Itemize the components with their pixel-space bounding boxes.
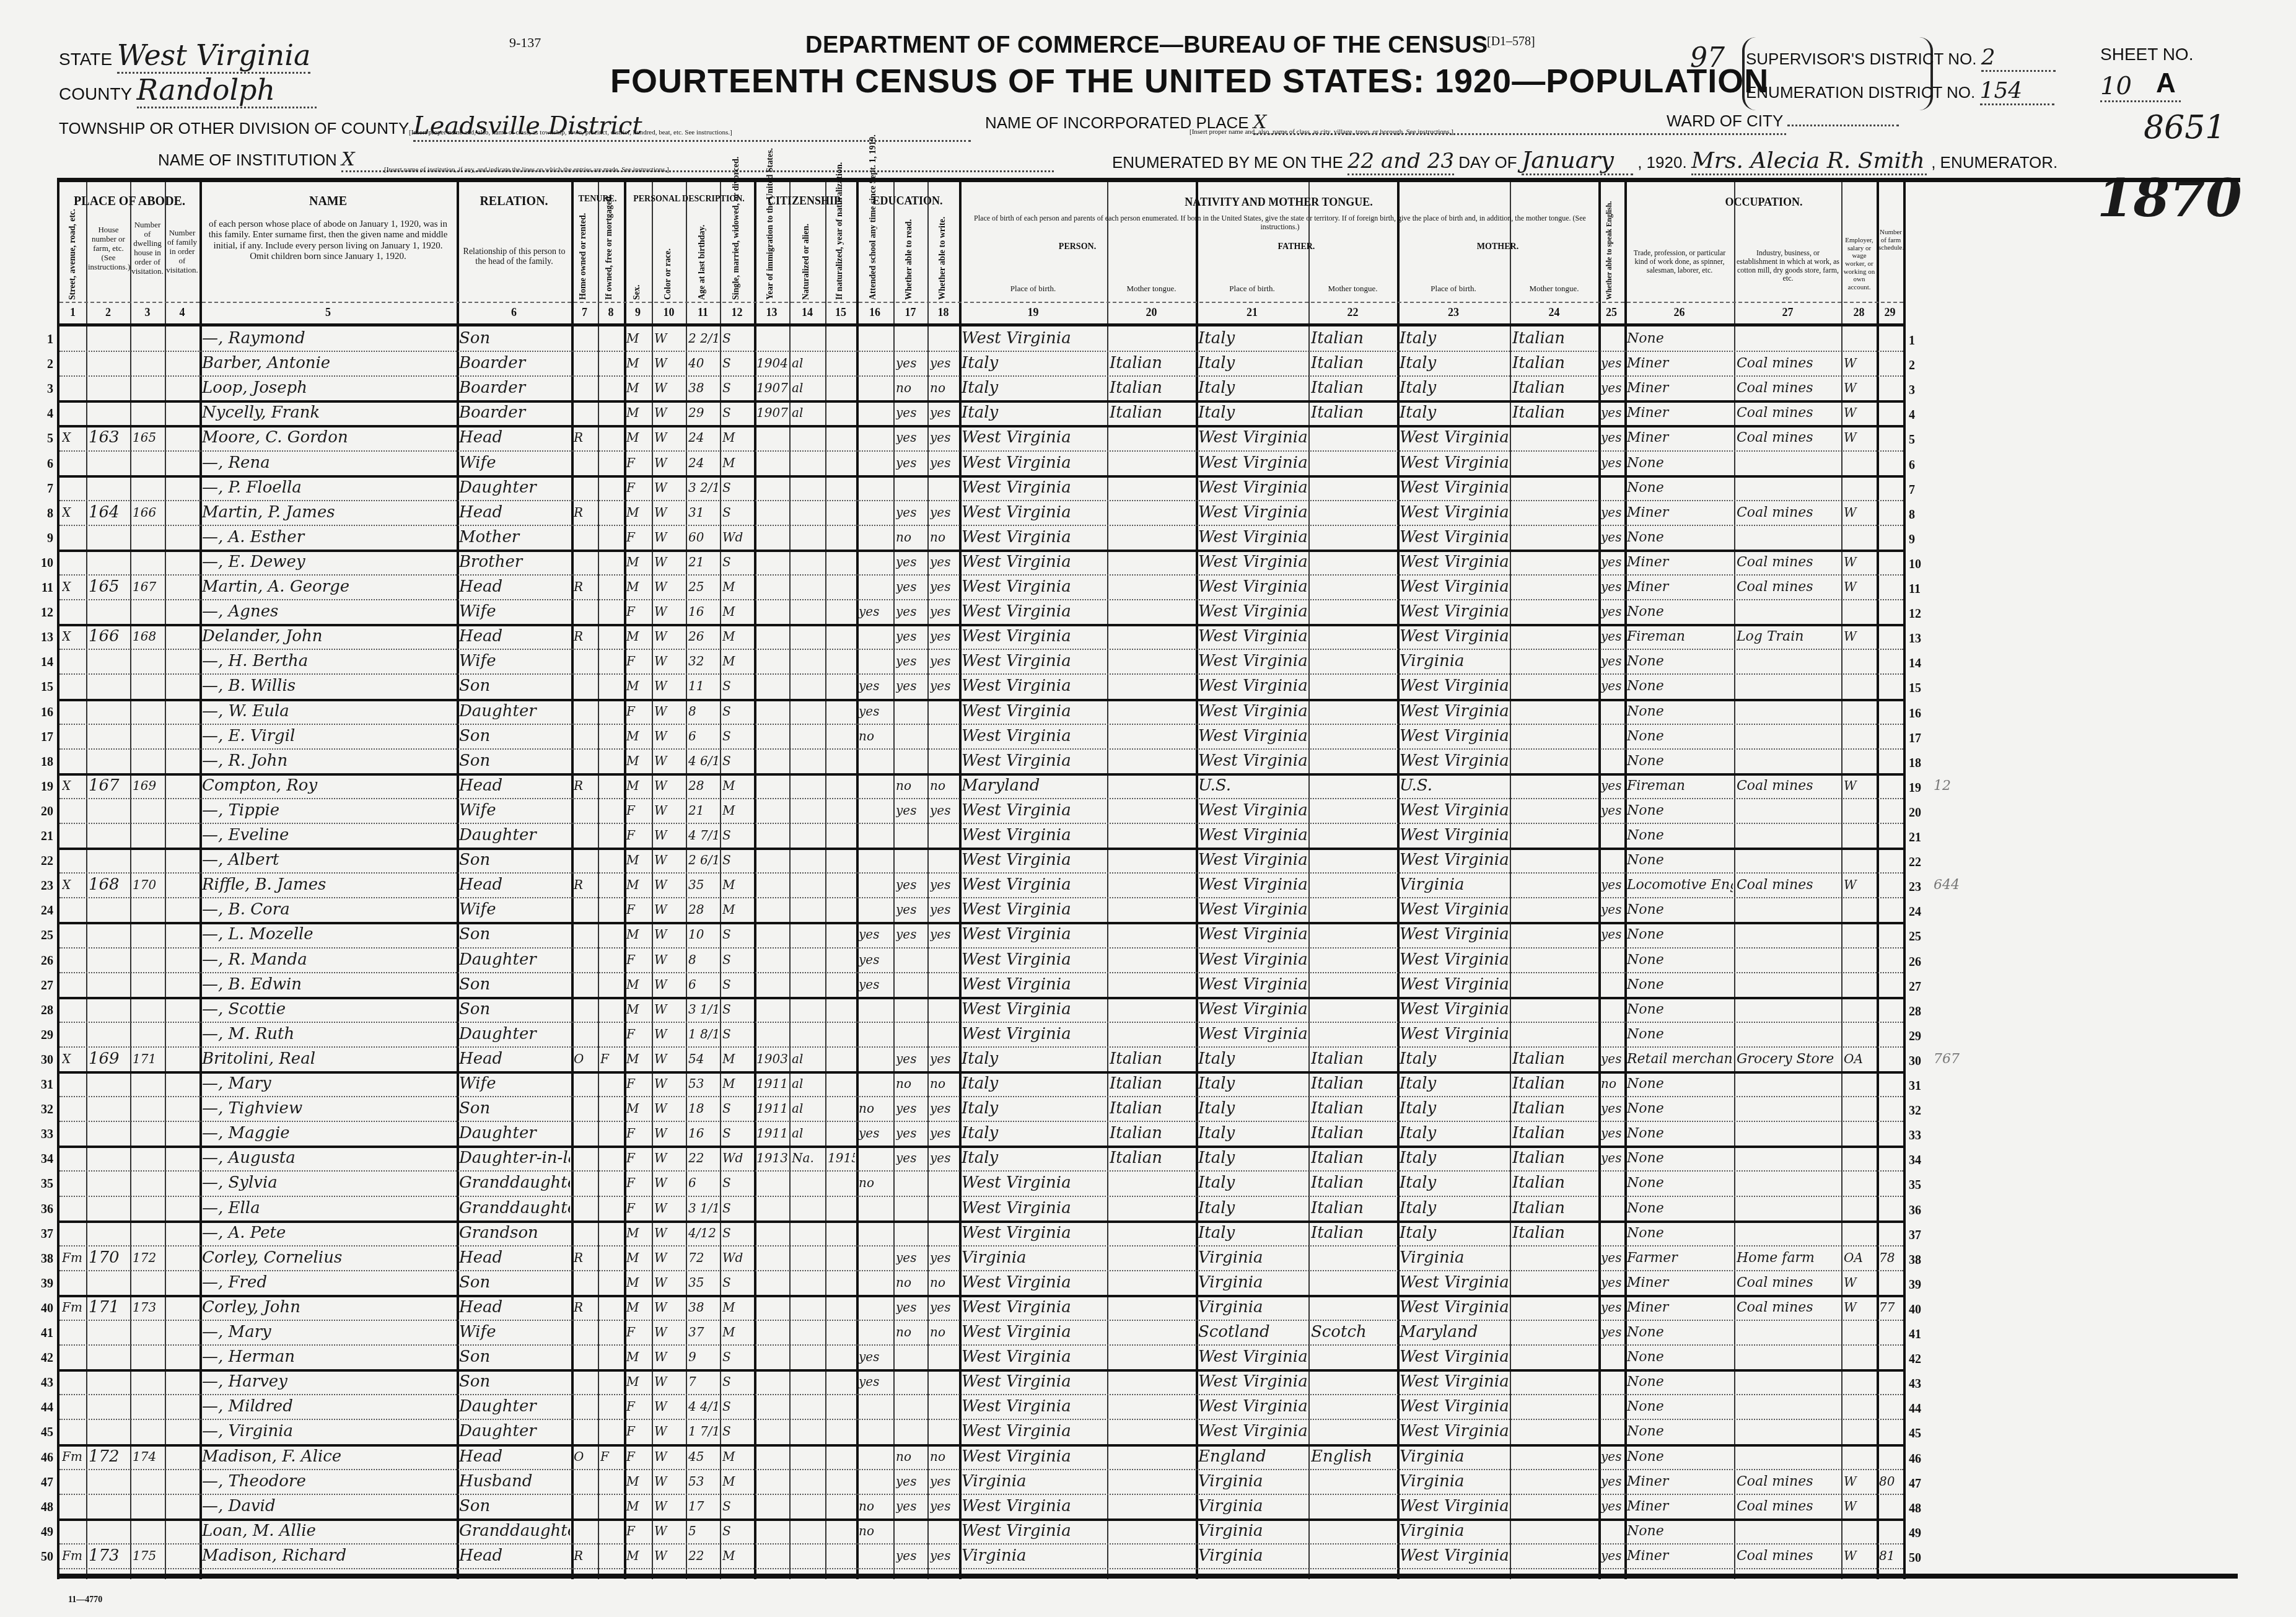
- naturalized-cell: al: [792, 1121, 824, 1146]
- house-number-cell: 164: [89, 501, 129, 525]
- father-birthplace-cell: Italy: [1198, 351, 1307, 375]
- column-number: 15: [825, 306, 856, 319]
- street-cell: X: [62, 426, 85, 450]
- marital-status-cell: S: [722, 1345, 753, 1369]
- marital-status-cell: S: [722, 1121, 753, 1146]
- mother-tongue-parent-cell: Italian: [1512, 1072, 1597, 1096]
- trade-cell: None: [1627, 724, 1733, 748]
- trade-cell: Miner: [1627, 376, 1733, 400]
- col3-header: Number of dwelling house in order of vis…: [131, 221, 164, 276]
- relation-cell: Head: [459, 873, 570, 897]
- marital-status-cell: S: [722, 1171, 753, 1195]
- trade-cell: None: [1627, 451, 1733, 475]
- read-cell: yes: [896, 1295, 926, 1320]
- house-number-cell: 170: [89, 1246, 129, 1270]
- line-number-left: 22: [35, 854, 53, 869]
- relation-cell: Daughter: [459, 1121, 570, 1146]
- employer-class-cell: W: [1844, 501, 1875, 525]
- house-number-cell: 163: [89, 426, 129, 450]
- school-cell: yes: [859, 699, 892, 724]
- birthplace-cell: West Virginia: [962, 1370, 1106, 1394]
- relation-cell: Boarder: [459, 376, 570, 400]
- relation-cell: Son: [459, 724, 570, 748]
- sex-cell: F: [626, 1320, 651, 1344]
- mother-birthplace-cell: U.S.: [1400, 774, 1509, 798]
- race-cell: W: [654, 873, 685, 897]
- relation-cell: Wife: [459, 600, 570, 624]
- ward-field: Ward of city: [1667, 112, 1899, 131]
- marital-status-cell: S: [722, 1419, 753, 1444]
- read-cell: yes: [896, 649, 926, 673]
- relation-cell: Son: [459, 1097, 570, 1121]
- state-field: State West Virginia: [59, 38, 310, 74]
- trade-cell: None: [1627, 1519, 1733, 1543]
- sex-cell: M: [626, 426, 651, 450]
- race-cell: W: [654, 1196, 685, 1220]
- line-number-left: 6: [35, 457, 53, 471]
- line-number-right: 27: [1909, 980, 1921, 994]
- age-cell: 26: [688, 624, 719, 649]
- mother-birthplace-cell: West Virginia: [1400, 1494, 1509, 1518]
- farm-schedule-cell: 78: [1879, 1246, 1902, 1270]
- dwelling-number-cell: 165: [133, 426, 164, 450]
- trade-cell: None: [1627, 1221, 1733, 1245]
- name-cell: —, David: [202, 1494, 455, 1518]
- marital-status-cell: S: [722, 476, 753, 500]
- trade-cell: Farmer: [1627, 1246, 1733, 1270]
- race-cell: W: [654, 476, 685, 500]
- father-birthplace-cell: West Virginia: [1198, 997, 1307, 1022]
- industry-cell: Coal mines: [1737, 550, 1840, 574]
- read-cell: yes: [896, 575, 926, 599]
- immigration-year-cell: 1911: [756, 1097, 788, 1121]
- relation-cell: Son: [459, 326, 570, 351]
- race-cell: W: [654, 1221, 685, 1245]
- industry-cell: Coal mines: [1737, 1295, 1840, 1320]
- age-cell: 24: [688, 451, 719, 475]
- race-cell: W: [654, 1519, 685, 1543]
- trade-cell: None: [1627, 1171, 1733, 1195]
- name-cell: —, A. Esther: [202, 525, 455, 550]
- line-number-right: 33: [1909, 1129, 1921, 1143]
- line-number-left: 38: [35, 1252, 53, 1266]
- supervisor-district-value: 2: [1981, 45, 2056, 72]
- industry-cell: Coal mines: [1737, 426, 1840, 450]
- line-number-right: 4: [1909, 408, 1915, 423]
- sex-cell: M: [626, 1047, 651, 1071]
- school-cell: yes: [859, 600, 892, 624]
- age-cell: 6: [688, 724, 719, 748]
- line-number-left: 10: [35, 556, 53, 571]
- age-cell: 11: [688, 674, 719, 698]
- enumerator-label: , Enumerator.: [1931, 153, 2057, 172]
- col21-header: Place of birth.: [1196, 284, 1308, 294]
- age-cell: 28: [688, 774, 719, 798]
- mother-tongue-cell: Italian: [1110, 1146, 1194, 1170]
- line-number-right: 13: [1909, 632, 1921, 646]
- father-birthplace-cell: West Virginia: [1198, 724, 1307, 748]
- employer-class-cell: W: [1844, 575, 1875, 599]
- column-number: 11: [686, 306, 720, 319]
- race-cell: W: [654, 326, 685, 351]
- line-number-right: 10: [1909, 558, 1921, 572]
- group-occupation: Occupation.: [1624, 196, 1903, 209]
- column-number: 20: [1107, 306, 1196, 319]
- line-number-left: 26: [35, 954, 53, 968]
- marital-status-cell: S: [722, 948, 753, 972]
- group-relation: Relation.: [457, 195, 571, 209]
- name-cell: Corley, John: [202, 1295, 455, 1320]
- sex-cell: M: [626, 1345, 651, 1369]
- birthplace-cell: West Virginia: [962, 575, 1106, 599]
- name-cell: —, Agnes: [202, 600, 455, 624]
- line-number-right: 41: [1909, 1328, 1921, 1342]
- write-cell: yes: [930, 799, 958, 823]
- father-birthplace-cell: West Virginia: [1198, 525, 1307, 550]
- col14-header: Naturalized or alien.: [802, 222, 812, 300]
- name-cell: —, Mildred: [202, 1395, 455, 1419]
- race-cell: W: [654, 401, 685, 425]
- relation-cell: Daughter: [459, 948, 570, 972]
- relation-cell: Head: [459, 1544, 570, 1568]
- col22-header: Mother tongue.: [1308, 284, 1397, 294]
- dwelling-number-cell: 169: [133, 774, 164, 798]
- speaks-english-cell: yes: [1601, 1320, 1623, 1344]
- marital-status-cell: S: [722, 550, 753, 574]
- column-number: 22: [1308, 306, 1397, 319]
- father-birthplace-cell: West Virginia: [1198, 674, 1307, 698]
- race-cell: W: [654, 575, 685, 599]
- line-number-right: 11: [1909, 582, 1921, 597]
- line-number-left: 24: [35, 904, 53, 918]
- read-cell: yes: [896, 898, 926, 922]
- name-cell: —, Theodore: [202, 1470, 455, 1494]
- marital-status-cell: M: [722, 774, 753, 798]
- mother-birthplace-cell: West Virginia: [1400, 799, 1509, 823]
- stamp-number: 8651: [2144, 109, 2225, 146]
- street-cell: Fm: [62, 1445, 85, 1469]
- mother-birthplace-cell: Virginia: [1400, 1246, 1509, 1270]
- column-number: 1: [59, 306, 86, 319]
- line-number-right: 32: [1909, 1104, 1921, 1118]
- father-birthplace-cell: West Virginia: [1198, 600, 1307, 624]
- read-cell: yes: [896, 1121, 926, 1146]
- father-birthplace-cell: West Virginia: [1198, 848, 1307, 872]
- father-birthplace-cell: England: [1198, 1445, 1307, 1469]
- street-cell: X: [62, 873, 85, 897]
- col12-header: Single, married, widowed, or divorced.: [732, 222, 742, 300]
- col11-header: Age at last birthday.: [698, 222, 708, 300]
- sex-cell: F: [626, 1445, 651, 1469]
- name-cell: —, Augusta: [202, 1146, 455, 1170]
- sex-cell: M: [626, 1470, 651, 1494]
- birthplace-cell: West Virginia: [962, 1419, 1106, 1444]
- employer-class-cell: W: [1844, 624, 1875, 649]
- mother-tongue-cell: Italian: [1110, 1072, 1194, 1096]
- father-tongue-cell: Italian: [1311, 401, 1396, 425]
- line-number-left: 9: [35, 532, 53, 546]
- marital-status-cell: M: [722, 451, 753, 475]
- read-cell: yes: [896, 1097, 926, 1121]
- line-number-left: 43: [35, 1376, 53, 1390]
- mother-birthplace-cell: West Virginia: [1400, 848, 1509, 872]
- relation-cell: Wife: [459, 898, 570, 922]
- read-cell: no: [896, 1320, 926, 1344]
- immigration-year-cell: 1907: [756, 376, 788, 400]
- father-birthplace-cell: Italy: [1198, 1221, 1307, 1245]
- write-cell: yes: [930, 575, 958, 599]
- line-number-right: 26: [1909, 955, 1921, 970]
- speaks-english-cell: yes: [1601, 624, 1623, 649]
- sex-cell: F: [626, 1419, 651, 1444]
- race-cell: W: [654, 426, 685, 450]
- margin-note: 767: [1934, 1047, 1960, 1071]
- county-value: Randolph: [137, 73, 317, 108]
- read-cell: yes: [896, 1494, 926, 1518]
- marital-status-cell: S: [722, 1519, 753, 1543]
- line-number-left: 23: [35, 879, 53, 893]
- age-cell: 17: [688, 1494, 719, 1518]
- marital-status-cell: M: [722, 624, 753, 649]
- birthplace-cell: West Virginia: [962, 1345, 1106, 1369]
- write-cell: yes: [930, 600, 958, 624]
- mother-birthplace-cell: Virginia: [1400, 873, 1509, 897]
- age-cell: 4 7/12: [688, 823, 719, 848]
- relation-cell: Son: [459, 997, 570, 1022]
- street-cell: Fm: [62, 1295, 85, 1320]
- birthplace-cell: Italy: [962, 376, 1106, 400]
- age-cell: 28: [688, 898, 719, 922]
- read-cell: yes: [896, 451, 926, 475]
- sex-cell: M: [626, 1494, 651, 1518]
- industry-cell: Grocery Store: [1737, 1047, 1840, 1071]
- township-instruction: [Insert proper name and, also, name of c…: [409, 129, 732, 136]
- birthplace-cell: West Virginia: [962, 973, 1106, 997]
- sex-cell: F: [626, 699, 651, 724]
- group-name: Name: [199, 195, 457, 209]
- father-birthplace-cell: West Virginia: [1198, 873, 1307, 897]
- read-cell: yes: [896, 600, 926, 624]
- column-number: 19: [959, 306, 1107, 319]
- line-number-left: 19: [35, 780, 53, 794]
- industry-cell: Coal mines: [1737, 1271, 1840, 1295]
- naturalized-cell: al: [792, 1047, 824, 1071]
- father-tongue-cell: Scotch: [1311, 1320, 1396, 1344]
- relation-cell: Head: [459, 1246, 570, 1270]
- immigration-year-cell: 1911: [756, 1072, 788, 1096]
- col16-header: Attended school any time since Sept. 1, …: [869, 222, 879, 300]
- age-cell: 8: [688, 948, 719, 972]
- line-number-right: 34: [1909, 1154, 1921, 1168]
- line-number-right: 17: [1909, 732, 1921, 746]
- relation-cell: Daughter-in-law: [459, 1146, 570, 1170]
- relation-cell: Son: [459, 749, 570, 773]
- age-cell: 18: [688, 1097, 719, 1121]
- column-number: 21: [1196, 306, 1308, 319]
- sex-cell: F: [626, 898, 651, 922]
- write-cell: yes: [930, 1047, 958, 1071]
- column-number: 4: [165, 306, 199, 319]
- race-cell: W: [654, 823, 685, 848]
- mother-birthplace-cell: Italy: [1400, 1196, 1509, 1220]
- relation-cell: Son: [459, 1271, 570, 1295]
- industry-cell: Coal mines: [1737, 376, 1840, 400]
- speaks-english-cell: yes: [1601, 401, 1623, 425]
- name-cell: Moore, C. Gordon: [202, 426, 455, 450]
- father-birthplace-cell: Virginia: [1198, 1470, 1307, 1494]
- mother-birthplace-cell: West Virginia: [1400, 451, 1509, 475]
- relation-cell: Daughter: [459, 1395, 570, 1419]
- trade-cell: None: [1627, 1097, 1733, 1121]
- line-number-left: 4: [35, 407, 53, 421]
- read-cell: yes: [896, 1246, 926, 1270]
- trade-cell: None: [1627, 600, 1733, 624]
- margin-mark: 97: [1690, 42, 1725, 74]
- birthplace-cell: West Virginia: [962, 624, 1106, 649]
- line-number-left: 16: [35, 706, 53, 720]
- relation-cell: Grandson: [459, 1221, 570, 1245]
- line-number-left: 20: [35, 805, 53, 819]
- birthplace-cell: Italy: [962, 1047, 1106, 1071]
- sex-cell: M: [626, 674, 651, 698]
- column-number: 26: [1624, 306, 1734, 319]
- mother-birthplace-cell: Italy: [1400, 376, 1509, 400]
- father-birthplace-cell: Virginia: [1198, 1295, 1307, 1320]
- marital-status-cell: Wd: [722, 1246, 753, 1270]
- line-number-left: 21: [35, 830, 53, 844]
- write-cell: yes: [930, 1470, 958, 1494]
- birthplace-cell: West Virginia: [962, 749, 1106, 773]
- house-number-cell: 165: [89, 575, 129, 599]
- sex-cell: M: [626, 1221, 651, 1245]
- line-number-right: 5: [1909, 433, 1915, 447]
- line-number-right: 23: [1909, 880, 1921, 895]
- age-cell: 2 6/12: [688, 848, 719, 872]
- birthplace-cell: West Virginia: [962, 997, 1106, 1022]
- father-birthplace-cell: West Virginia: [1198, 799, 1307, 823]
- name-cell: —, W. Eula: [202, 699, 455, 724]
- employer-class-cell: W: [1844, 376, 1875, 400]
- father-birthplace-cell: Italy: [1198, 1121, 1307, 1146]
- industry-cell: Coal mines: [1737, 575, 1840, 599]
- trade-cell: Retail merchant: [1627, 1047, 1733, 1071]
- trade-cell: None: [1627, 1370, 1733, 1394]
- dwelling-number-cell: 167: [133, 575, 164, 599]
- speaks-english-cell: no: [1601, 1072, 1623, 1096]
- sex-cell: F: [626, 1196, 651, 1220]
- mother-birthplace-cell: West Virginia: [1400, 699, 1509, 724]
- mother-birthplace-cell: Italy: [1400, 401, 1509, 425]
- speaks-english-cell: yes: [1601, 501, 1623, 525]
- read-cell: yes: [896, 1146, 926, 1170]
- name-cell: —, M. Ruth: [202, 1022, 455, 1046]
- speaks-english-cell: yes: [1601, 1047, 1623, 1071]
- mother-birthplace-cell: Italy: [1400, 1221, 1509, 1245]
- industry-cell: Home farm: [1737, 1246, 1840, 1270]
- home-owned-cell: R: [574, 873, 597, 897]
- race-cell: W: [654, 1121, 685, 1146]
- race-cell: W: [654, 525, 685, 550]
- birthplace-cell: West Virginia: [962, 1445, 1106, 1469]
- employer-class-cell: OA: [1844, 1246, 1875, 1270]
- line-number-right: 14: [1909, 657, 1921, 671]
- trade-cell: Miner: [1627, 501, 1733, 525]
- father-tongue-cell: Italian: [1311, 1221, 1396, 1245]
- name-cell: Delander, John: [202, 624, 455, 649]
- relation-cell: Head: [459, 1295, 570, 1320]
- enumeration-month: January: [1522, 146, 1633, 175]
- father-tongue-cell: Italian: [1311, 1072, 1396, 1096]
- col26-header: Trade, profession, or particular kind of…: [1627, 249, 1732, 274]
- marital-status-cell: M: [722, 1047, 753, 1071]
- nativity-instruction: Place of birth of each person and parent…: [970, 214, 1590, 232]
- write-cell: yes: [930, 1544, 958, 1568]
- name-cell: —, B. Edwin: [202, 973, 455, 997]
- column-number: 17: [893, 306, 927, 319]
- birthplace-cell: West Virginia: [962, 699, 1106, 724]
- write-cell: no: [930, 1445, 958, 1469]
- age-cell: 22: [688, 1544, 719, 1568]
- sex-cell: M: [626, 922, 651, 947]
- employer-class-cell: W: [1844, 550, 1875, 574]
- column-number: 29: [1877, 306, 1903, 319]
- col24-header: Mother tongue.: [1510, 284, 1598, 294]
- line-number-right: 44: [1909, 1402, 1921, 1416]
- birthplace-cell: Italy: [962, 1146, 1106, 1170]
- marital-status-cell: M: [722, 1544, 753, 1568]
- age-cell: 3 1/12: [688, 997, 719, 1022]
- marital-status-cell: M: [722, 1295, 753, 1320]
- line-number-right: 6: [1909, 458, 1915, 473]
- speaks-english-cell: yes: [1601, 799, 1623, 823]
- line-number-left: 31: [35, 1078, 53, 1092]
- name-cell: Loan, M. Allie: [202, 1519, 455, 1543]
- name-cell: —, Tighview: [202, 1097, 455, 1121]
- col9-header: Sex.: [633, 275, 642, 300]
- write-cell: no: [930, 525, 958, 550]
- birthplace-cell: Virginia: [962, 1544, 1106, 1568]
- relation-cell: Head: [459, 774, 570, 798]
- age-cell: 38: [688, 1295, 719, 1320]
- line-number-right: 48: [1909, 1502, 1921, 1516]
- marital-status-cell: M: [722, 575, 753, 599]
- column-number: 28: [1841, 306, 1877, 319]
- line-number-right: 49: [1909, 1527, 1921, 1541]
- name-cell: Barber, Antonie: [202, 351, 455, 375]
- birthplace-cell: West Virginia: [962, 799, 1106, 823]
- trade-cell: None: [1627, 1121, 1733, 1146]
- father-birthplace-cell: Virginia: [1198, 1519, 1307, 1543]
- age-cell: 4/12: [688, 1221, 719, 1245]
- group-father: Father.: [1196, 242, 1397, 252]
- name-cell: —, R. Manda: [202, 948, 455, 972]
- naturalized-cell: al: [792, 1072, 824, 1096]
- house-number-cell: 167: [89, 774, 129, 798]
- write-cell: no: [930, 774, 958, 798]
- father-birthplace-cell: West Virginia: [1198, 426, 1307, 450]
- read-cell: yes: [896, 1470, 926, 1494]
- group-person: Person.: [959, 242, 1196, 252]
- write-cell: yes: [930, 1121, 958, 1146]
- name-cell: —, A. Pete: [202, 1221, 455, 1245]
- home-owned-cell: R: [574, 1544, 597, 1568]
- mother-birthplace-cell: Italy: [1400, 1097, 1509, 1121]
- relation-cell: Head: [459, 501, 570, 525]
- house-number-cell: 172: [89, 1445, 129, 1469]
- sex-cell: F: [626, 451, 651, 475]
- marital-status-cell: S: [722, 724, 753, 748]
- birthplace-cell: West Virginia: [962, 476, 1106, 500]
